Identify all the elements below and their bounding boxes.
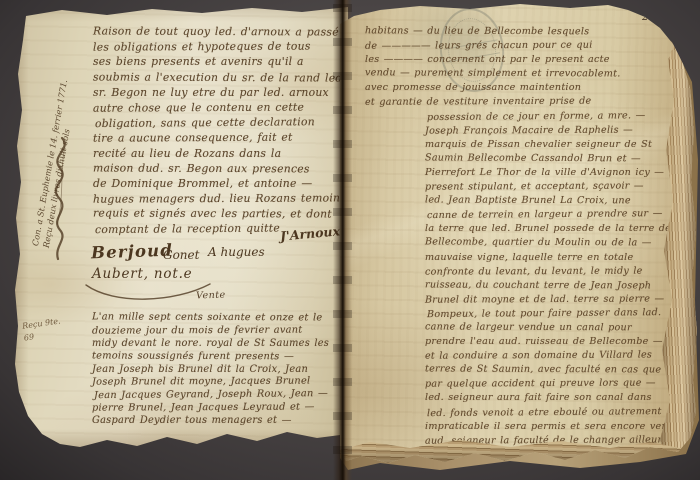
signature-flourish-icon: [82, 280, 214, 306]
signature-berjoud: Berjoud: [91, 241, 174, 263]
manuscript-line: Bellecombe, quartier du Moulin ou de la …: [425, 237, 683, 252]
manuscript-line: la terre que led. Brunel possede de la t…: [425, 223, 683, 237]
manuscript-line: Raison de tout quoy led. d'arnoux a pass…: [93, 24, 349, 40]
manuscript-line: tire a aucune consequence, fait et: [93, 131, 349, 148]
manuscript-line: de ————— leurs grés chacun pour ce qui: [365, 39, 683, 55]
manuscript-line: midy devant le nore. royal de St Saumes …: [92, 338, 350, 351]
manuscript-line: impraticable il sera permis et sera enco…: [425, 421, 683, 435]
deed-text-block-1: Raison de tout quoy led. d'arnoux a pass…: [93, 25, 349, 238]
manuscript-line: temoins soussignés furent presents —: [92, 350, 350, 364]
manuscript-line: ruisseau, du couchant terre de Jean Jose…: [425, 279, 683, 294]
manuscript-line: pierre Brunel, Jean Jacques Leyraud et —: [92, 402, 350, 416]
manuscript-line: soubmis a l'execution du sr. de la rand …: [93, 70, 349, 86]
manuscript-line: canne de largeur vendue un canal pour: [425, 321, 683, 336]
manuscript-line: hugues menagers dud. lieu Rozans temoins: [93, 191, 349, 208]
manuscript-line: ses biens presents et avenirs qu'il a: [93, 55, 349, 70]
manuscript-line: avec promesse de jouissance maintention: [365, 82, 683, 96]
manuscript-line: sr. Begon ne luy etre du par led. arnoux: [93, 86, 349, 101]
manuscript-line: recité au lieu de Rozans dans la: [93, 147, 349, 162]
manuscript-line: de Dominique Brommel, et antoine —: [93, 177, 349, 192]
manuscript-line: Joseph François Macaire de Raphelis —: [425, 124, 683, 139]
manuscript-line: canne de terrein en largeur a prendre su…: [427, 208, 685, 224]
manuscript-line: les ———— concernent ont par le present a…: [365, 54, 683, 68]
manuscript-line: led. fonds venoit a etre eboulé ou autre…: [427, 405, 685, 421]
signature-gonet: Gonet: [163, 248, 199, 262]
manuscript-line: Pierrefort Le Thor de la ville d'Avignon…: [425, 167, 683, 181]
deed-text-right-page: habitans — du lieu de Bellecombe lesquel…: [425, 26, 683, 449]
deed-text-block-2: L'an mille sept cents soixante et onze e…: [92, 312, 350, 428]
left-page: Con. a St. Euphemie le 14. ferrier 1771.…: [12, 4, 348, 456]
manuscript-line: et la conduire a son domaine du Villard …: [425, 349, 683, 364]
manuscript-line: Jean Joseph bis Brunel dit la Croix, Jea…: [92, 364, 350, 377]
manuscript-line: par quelque accident qui preuve lors que…: [425, 378, 683, 393]
manuscript-line: present stipulant, et acceptant, sçavoir…: [425, 180, 683, 195]
section-heading-vente: Vente: [196, 289, 226, 301]
manuscript-scan: Con. a St. Euphemie le 14. ferrier 1771.…: [0, 0, 700, 480]
manuscript-line: mauvaise vigne, laquelle terre en totale: [425, 252, 683, 266]
manuscript-line: possession de ce jour en forme, a mre. —: [427, 109, 685, 125]
manuscript-line: led. seigneur aura fait faire son canal …: [425, 392, 683, 406]
manuscript-line: prendre l'eau aud. ruisseau de Bellecomb…: [425, 336, 683, 350]
manuscript-line: et garantie de vestiture inventaire pris…: [365, 96, 683, 112]
manuscript-line: L'an mille sept cents soixante et onze e…: [92, 311, 350, 325]
manuscript-line: les obligations et hypoteques de tous: [93, 40, 349, 57]
page-number: 2.: [642, 12, 652, 23]
manuscript-line: Gaspard Deydier tous menagers et —: [92, 415, 350, 428]
notary-paraph-icon: [45, 135, 77, 263]
manuscript-line: Saumin Bellecombe Cassandol Brun et —: [425, 152, 683, 167]
signature-hugues: A hugues: [208, 245, 265, 259]
manuscript-line: marquis de Pissan chevalier seigneur de …: [425, 139, 683, 153]
right-page: 2. habitans — du lieu de Bellecombe lesq…: [340, 0, 700, 478]
left-margin-fee-note: Reçu 9te. 69: [22, 315, 63, 344]
manuscript-line: confronte du levant, du levant, le midy …: [425, 265, 683, 280]
manuscript-line: vendu — purement simplement et irrevocab…: [365, 68, 683, 83]
manuscript-line: maison dud. sr. Begon aux presences: [93, 161, 349, 177]
manuscript-line: douzieme jour du mois de fevrier avant: [92, 324, 350, 338]
